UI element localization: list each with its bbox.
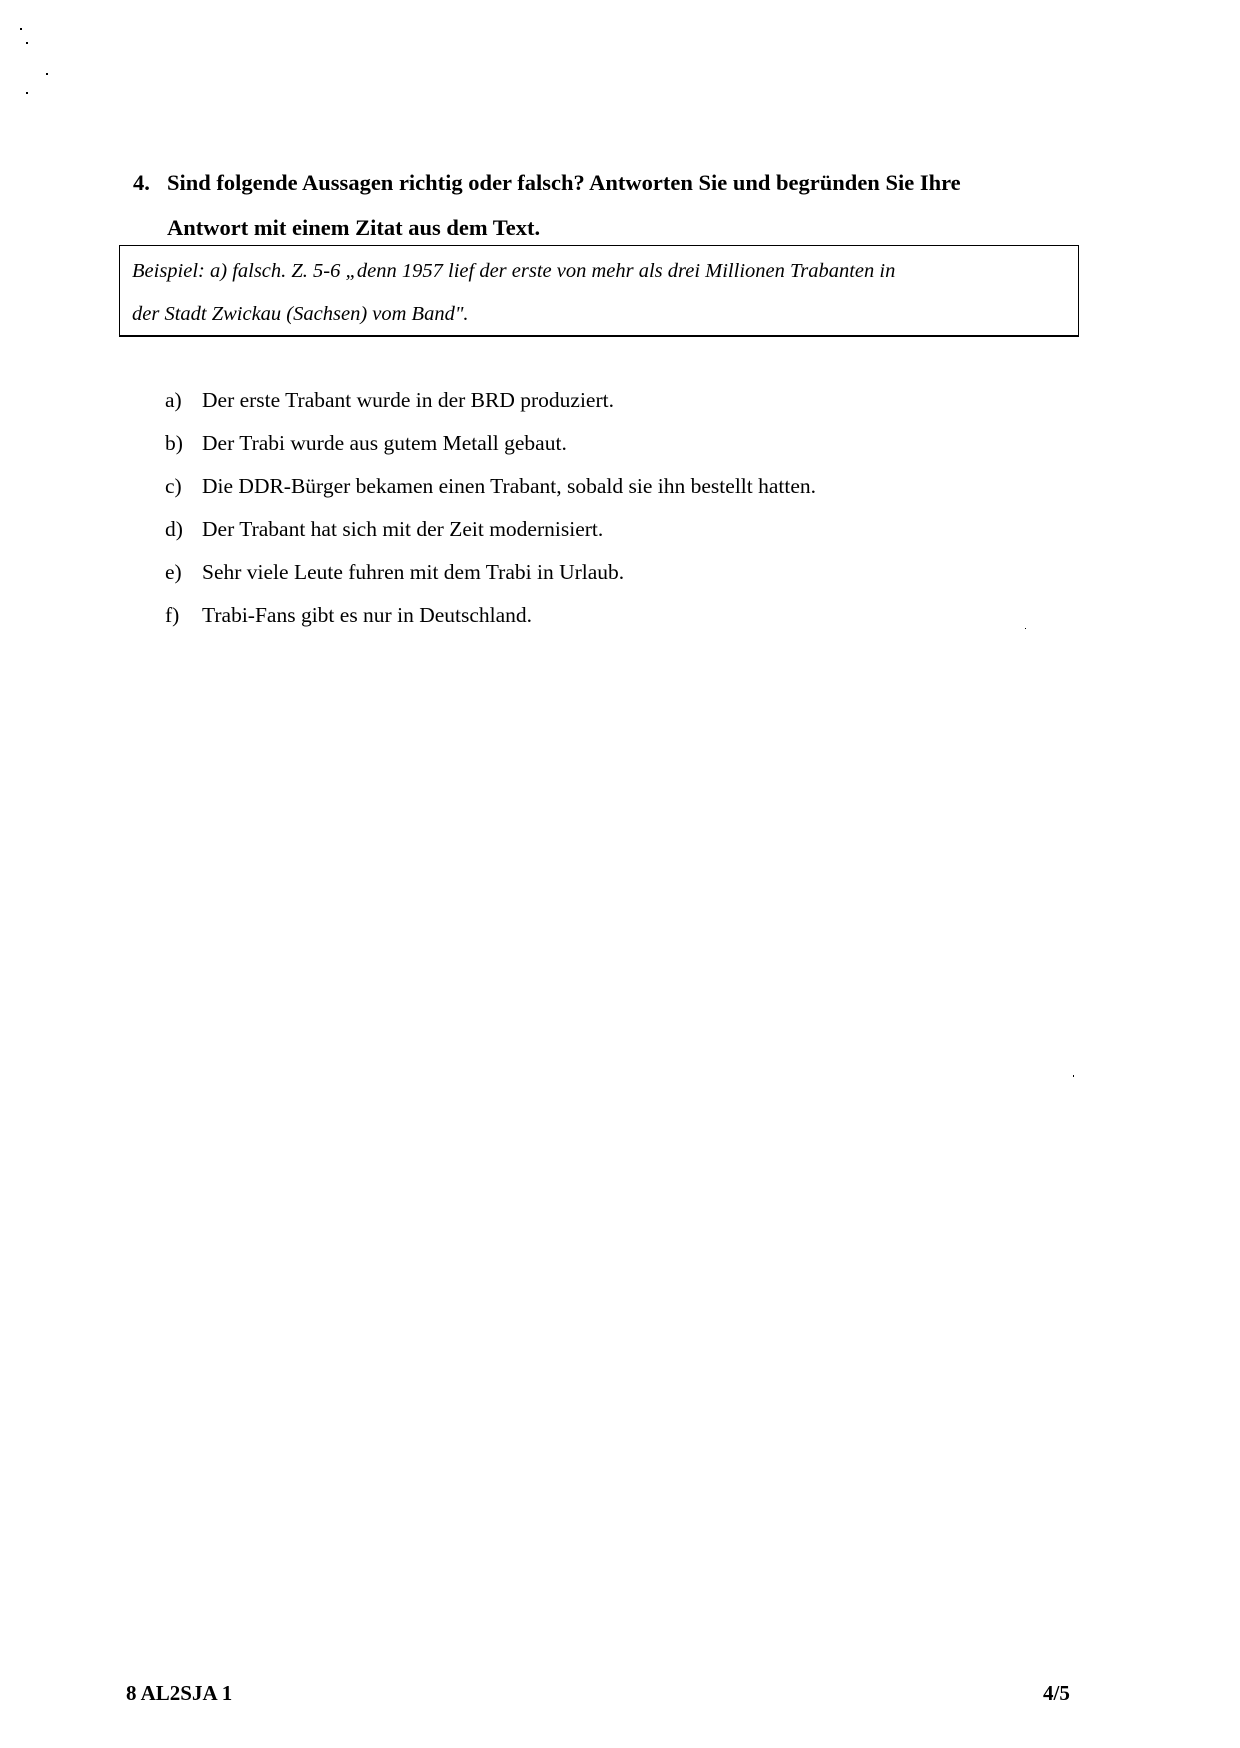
statement-label: c) xyxy=(165,465,202,508)
example-line1: Beispiel: a) falsch. Z. 5-6 „denn 1957 l… xyxy=(132,250,1064,293)
scan-speck xyxy=(26,92,28,94)
statement-label: d) xyxy=(165,508,202,551)
question-text-line1: Sind folgende Aussagen richtig oder fals… xyxy=(167,170,961,195)
question-number: 4. xyxy=(133,160,167,205)
statement-label: b) xyxy=(165,422,202,465)
statement-item: f) Trabi-Fans gibt es nur in Deutschland… xyxy=(165,594,816,637)
statement-label: f) xyxy=(165,594,202,637)
exam-code: 8 AL2SJA 1 xyxy=(126,1681,232,1706)
scan-speck xyxy=(46,73,48,75)
statement-text: Die DDR-Bürger bekamen einen Trabant, so… xyxy=(202,465,816,508)
statement-item: a) Der erste Trabant wurde in der BRD pr… xyxy=(165,379,816,422)
statement-text: Der Trabi wurde aus gutem Metall gebaut. xyxy=(202,422,567,465)
statement-label: e) xyxy=(165,551,202,594)
example-line2: der Stadt Zwickau (Sachsen) vom Band". xyxy=(132,293,1064,336)
scan-speck xyxy=(1025,628,1026,629)
statement-list: a) Der erste Trabant wurde in der BRD pr… xyxy=(165,379,816,637)
scan-speck xyxy=(26,42,28,44)
page-number: 4/5 xyxy=(1043,1681,1070,1706)
statement-item: c) Die DDR-Bürger bekamen einen Trabant,… xyxy=(165,465,816,508)
statement-text: Trabi-Fans gibt es nur in Deutschland. xyxy=(202,594,532,637)
question-text-line2: Antwort mit einem Zitat aus dem Text. xyxy=(133,205,1093,250)
statement-text: Der Trabant hat sich mit der Zeit modern… xyxy=(202,508,603,551)
statement-label: a) xyxy=(165,379,202,422)
statement-item: e) Sehr viele Leute fuhren mit dem Trabi… xyxy=(165,551,816,594)
example-box: Beispiel: a) falsch. Z. 5-6 „denn 1957 l… xyxy=(119,245,1079,337)
scan-speck xyxy=(1073,1075,1074,1077)
statement-item: d) Der Trabant hat sich mit der Zeit mod… xyxy=(165,508,816,551)
question-heading: 4.Sind folgende Aussagen richtig oder fa… xyxy=(133,160,1093,250)
statement-item: b) Der Trabi wurde aus gutem Metall geba… xyxy=(165,422,816,465)
statement-text: Der erste Trabant wurde in der BRD produ… xyxy=(202,379,614,422)
scan-speck xyxy=(20,28,22,30)
statement-text: Sehr viele Leute fuhren mit dem Trabi in… xyxy=(202,551,624,594)
